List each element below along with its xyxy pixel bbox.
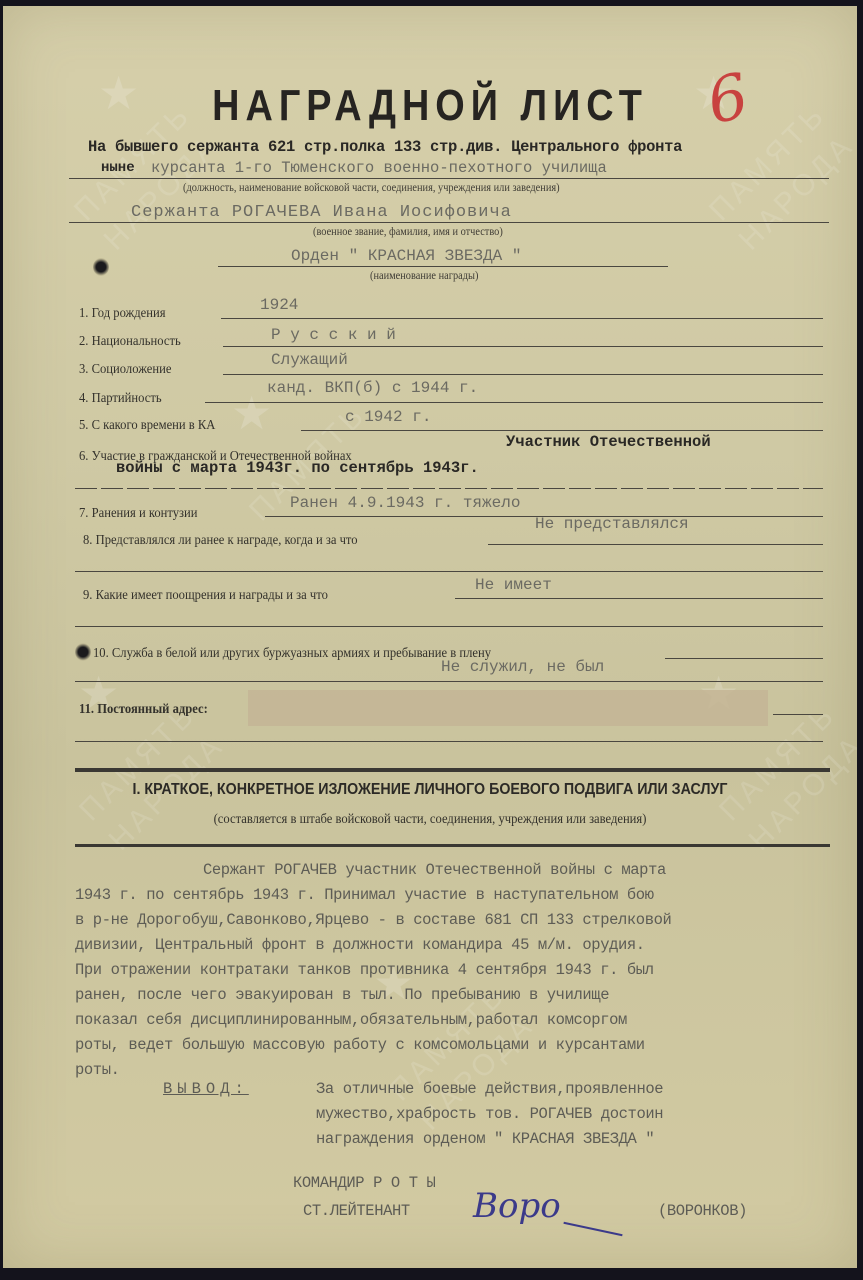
field-line: [205, 402, 823, 403]
field-line: [301, 430, 823, 431]
field-line: [75, 488, 823, 489]
field-line: [75, 626, 823, 627]
conclusion-label: ВЫВОД:: [163, 1080, 249, 1098]
narrative-line: ранен, после чего эвакуирован в тыл. По …: [75, 986, 609, 1004]
field-label-address: 11. Постоянный адрес:: [79, 702, 208, 718]
field-line: [488, 544, 823, 545]
field-label-prior-awards: 8. Представлялся ли ранее к награде, ког…: [83, 533, 358, 549]
name-caption: (военное звание, фамилия, имя и отчество…: [313, 226, 503, 238]
field-label-wounds: 7. Ранения и контузии: [79, 506, 197, 522]
redacted-address: [248, 690, 768, 726]
section-divider: [75, 768, 830, 772]
section-divider: [75, 844, 830, 847]
divider: [69, 178, 829, 179]
field-line: [75, 681, 823, 682]
field-value-party: канд. ВКП(б) с 1944 г.: [267, 379, 478, 397]
narrative-line: в р-не Дорогобуш,Савонково,Ярцево - в со…: [75, 911, 671, 929]
signatory-rank: СТ.ЛЕЙТЕНАНТ: [303, 1202, 410, 1220]
award-caption: (наименование награды): [370, 270, 478, 282]
field-value-social-status: Служащий: [271, 351, 348, 369]
field-value-army-since: с 1942 г.: [345, 408, 431, 426]
narrative-line: При отражении контратаки танков противни…: [75, 961, 654, 979]
field-label-army-since: 5. С какого времени в КА: [79, 418, 215, 434]
field-line: [221, 318, 823, 319]
field-label-nationality: 2. Национальность: [79, 334, 181, 350]
narrative-line: Сержант РОГАЧЕВ участник Отечественной в…: [203, 861, 666, 879]
field-value-wounds: Ранен 4.9.1943 г. тяжело: [290, 494, 520, 512]
watermark-text: НАРОДА: [733, 129, 857, 258]
recipient-name: Сержанта РОГАЧЕВА Ивана Иосифовича: [131, 203, 512, 222]
signature-stroke: [563, 1222, 622, 1236]
header-caption: (должность, наименование войсковой части…: [183, 182, 560, 194]
field-line: [455, 598, 823, 599]
field-value-war-participation: Участник Отечественной: [506, 433, 711, 451]
field-label-social-status: 3. Социоложение: [79, 362, 171, 378]
field-line: [773, 714, 823, 715]
conclusion-line: награждения орденом " КРАСНАЯ ЗВЕЗДА ": [316, 1130, 654, 1148]
narrative-line: 1943 г. по сентябрь 1943 г. Принимал уча…: [75, 886, 654, 904]
field-line: [665, 658, 823, 659]
narrative-line: показал себя дисциплинированным,обязател…: [75, 1011, 627, 1029]
field-value-other-armies: Не служил, не был: [441, 658, 604, 676]
field-label-birth-year: 1. Год рождения: [79, 306, 166, 322]
document-title: НАГРАДНОЙ ЛИСТ: [63, 81, 797, 131]
punch-hole: [93, 258, 109, 276]
divider: [218, 266, 668, 267]
field-label-other-armies: 10. Служба в белой или других буржуазных…: [93, 646, 491, 662]
award-name: Орден " КРАСНАЯ ЗВЕЗДА ": [291, 247, 521, 265]
signatory-position: КОМАНДИР Р О Т Ы: [293, 1174, 435, 1192]
header-prefix: ныне: [101, 160, 135, 176]
field-value-birth-year: 1924: [260, 296, 298, 314]
narrative-line: дивизии, Центральный фронт в должности к…: [75, 936, 645, 954]
punch-hole: [75, 643, 91, 661]
divider: [69, 222, 829, 223]
field-label-party: 4. Партийность: [79, 391, 162, 407]
conclusion-line: За отличные боевые действия,проявленное: [316, 1080, 663, 1098]
handwritten-signature: Воро: [473, 1186, 561, 1226]
field-label-commendations: 9. Какие имеет поощрения и награды и за …: [83, 588, 328, 604]
field-line: [223, 374, 823, 375]
field-value-war-participation-cont: войны с марта 1943г. по сентябрь 1943г.: [116, 459, 479, 477]
field-line: [75, 741, 823, 742]
narrative-line: роты, ведет большую массовую работу с ко…: [75, 1036, 645, 1054]
award-sheet-page: ★ ПАМЯТЬ НАРОДА ★ ПАМЯТЬ НАРОДА ★ ПАМЯТЬ…: [3, 6, 857, 1268]
header-unit-line: курсанта 1-го Тюменского военно-пехотног…: [151, 159, 607, 177]
field-value-commendations: Не имеет: [475, 576, 552, 594]
section-subtitle: (составляется в штабе войсковой части, с…: [46, 812, 815, 828]
field-value-prior-awards: Не представлялся: [535, 515, 689, 533]
conclusion-line: мужество,храбрость тов. РОГАЧЕВ достоин: [316, 1105, 663, 1123]
field-line: [75, 571, 823, 572]
field-line: [223, 346, 823, 347]
narrative-line: роты.: [75, 1061, 120, 1079]
section-title: I. КРАТКОЕ, КОНКРЕТНОЕ ИЗЛОЖЕНИЕ ЛИЧНОГО…: [37, 781, 823, 799]
signatory-name: (ВОРОНКОВ): [658, 1202, 747, 1220]
header-position-line: На бывшего сержанта 621 стр.полка 133 ст…: [88, 138, 682, 156]
field-value-nationality: Р у с с к и й: [271, 326, 396, 344]
